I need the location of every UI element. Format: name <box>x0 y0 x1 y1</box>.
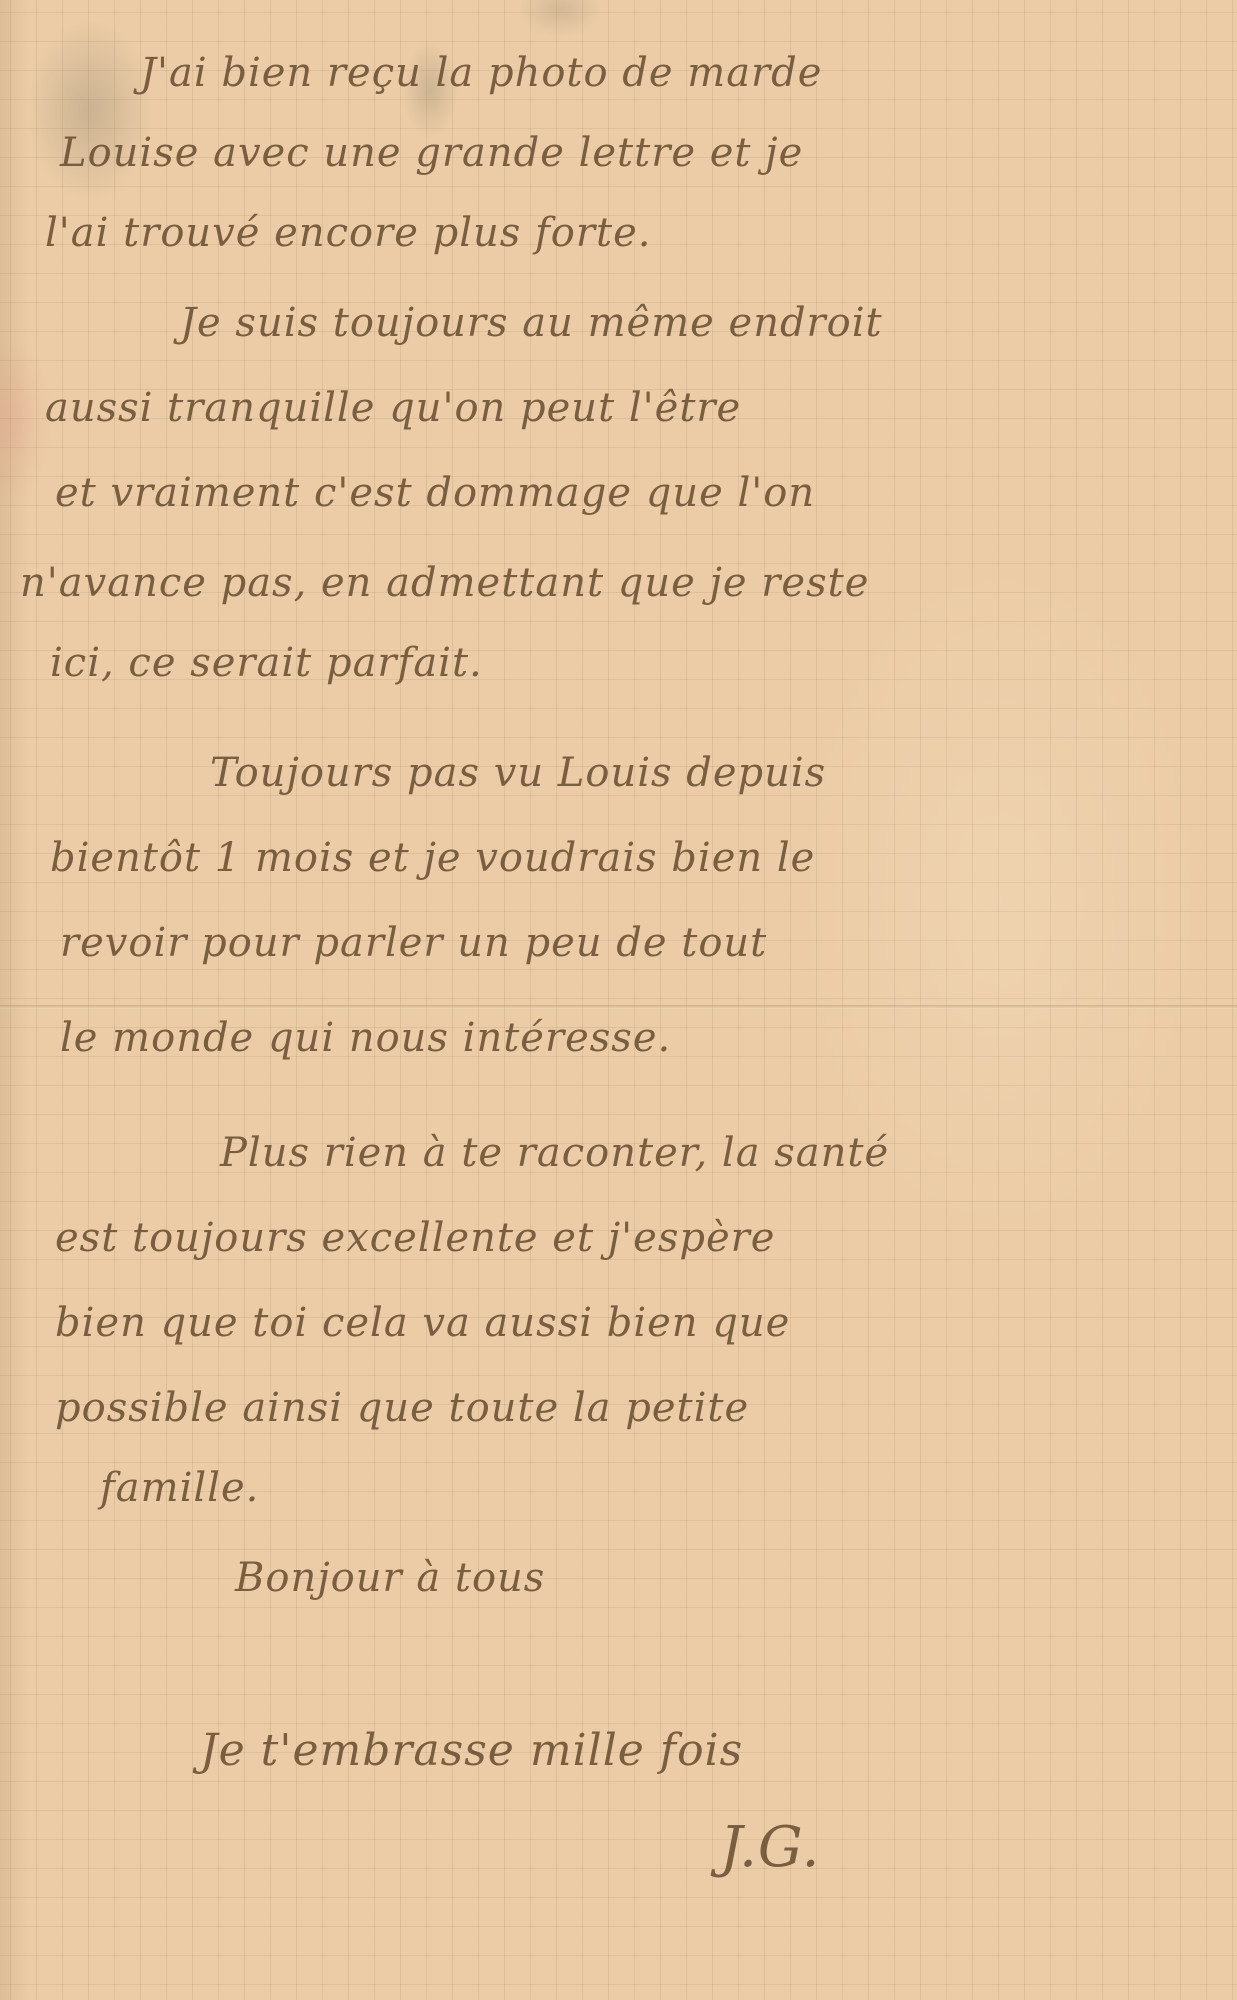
closing-greeting: Bonjour à tous <box>235 1555 545 1601</box>
letter-line: Louise avec une grande lettre et je <box>60 130 803 176</box>
signature-initials: J.G. <box>720 1815 820 1880</box>
letter-line: aussi tranquille qu'on peut l'être <box>45 385 741 431</box>
letter-page: J'ai bien reçu la photo de marde Louise … <box>0 0 1237 2000</box>
letter-line: bien que toi cela va aussi bien que <box>55 1300 790 1346</box>
paper-fold <box>0 1005 1237 1009</box>
letter-line: J'ai bien reçu la photo de marde <box>140 50 822 96</box>
letter-line: famille. <box>100 1465 259 1511</box>
letter-line: l'ai trouvé encore plus forte. <box>45 210 651 256</box>
letter-line: ici, ce serait parfait. <box>50 640 483 686</box>
letter-line: possible ainsi que toute la petite <box>55 1385 749 1431</box>
letter-line: n'avance pas, en admettant que je reste <box>20 560 869 606</box>
letter-line: le monde qui nous intéresse. <box>60 1015 671 1061</box>
letter-line: Je suis toujours au même endroit <box>180 300 883 346</box>
letter-line: Toujours pas vu Louis depuis <box>210 750 826 796</box>
letter-line: et vraiment c'est dommage que l'on <box>55 470 815 516</box>
letter-line: revoir pour parler un peu de tout <box>60 920 767 966</box>
letter-line: bientôt 1 mois et je voudrais bien le <box>50 835 815 881</box>
letter-line: Plus rien à te raconter, la santé <box>220 1130 889 1176</box>
sign-off: Je t'embrasse mille fois <box>200 1725 743 1776</box>
letter-line: est toujours excellente et j'espère <box>55 1215 775 1261</box>
